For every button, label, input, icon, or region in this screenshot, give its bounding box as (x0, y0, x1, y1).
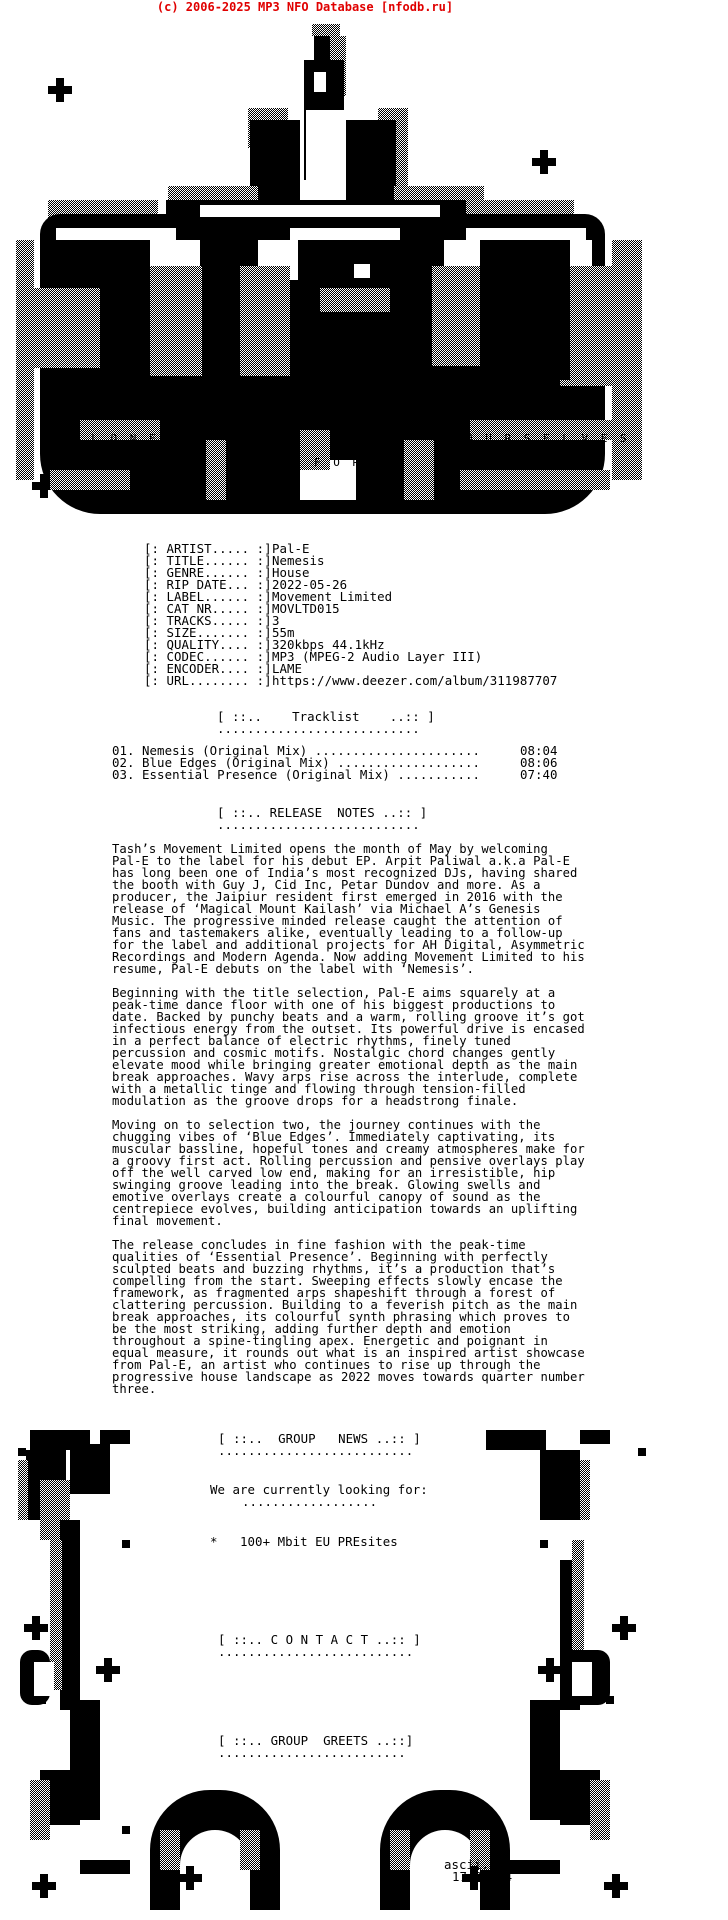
sparkle-icon (612, 1616, 636, 1640)
info-value: MP3 (MPEG-2 Audio Layer III) (272, 651, 482, 663)
contact-underline: .......................... (218, 1646, 413, 1658)
sparkle-icon (538, 1658, 562, 1682)
sparkle-icon (32, 1874, 56, 1898)
group-news-intro-underline: .................. (242, 1496, 377, 1508)
sparkle-icon (604, 1874, 628, 1898)
tagline-alone: A L O N E (72, 433, 159, 445)
tracklist: 01. Nemesis (Original Mix) .............… (112, 745, 592, 781)
info-key: [: URL........ :] (144, 675, 272, 687)
tagline-for: F O R (314, 457, 362, 469)
track-row: 03. Essential Presence (Original Mix) ..… (112, 769, 592, 781)
sparkle-icon (24, 1616, 48, 1640)
release-notes-paragraph: The release concludes in fine fashion wi… (112, 1239, 585, 1395)
tracklist-underline: ........................... (217, 723, 420, 735)
info-value: MOVLTD015 (272, 603, 340, 615)
track-time: 07:40 (520, 769, 558, 781)
group-news-item: * 100+ Mbit EU PREsites (210, 1536, 398, 1548)
url-link[interactable]: https://www.deezer.com/album/311987707 (272, 675, 557, 687)
sparkle-icon (48, 78, 72, 102)
release-notes-underline: ........................... (217, 819, 420, 831)
release-notes-paragraph: Beginning with the title selection, Pal-… (112, 987, 585, 1107)
sparkle-icon (532, 150, 556, 174)
sparkle-icon (178, 1866, 202, 1890)
tagline-ourselves: O U R S E L V E S (466, 433, 630, 445)
sparkle-icon (96, 1658, 120, 1682)
ascii-date: 17.02.04 (452, 1871, 512, 1883)
track-title: 03. Essential Presence (Original Mix) ..… (112, 769, 480, 781)
group-news-underline: .......................... (218, 1445, 413, 1457)
afo-logo-art (0, 0, 728, 500)
release-notes-paragraph: Moving on to selection two, the journey … (112, 1119, 585, 1227)
greets-underline: ......................... (218, 1747, 406, 1759)
release-notes-paragraph: Tash’s Movement Limited opens the month … (112, 843, 585, 975)
